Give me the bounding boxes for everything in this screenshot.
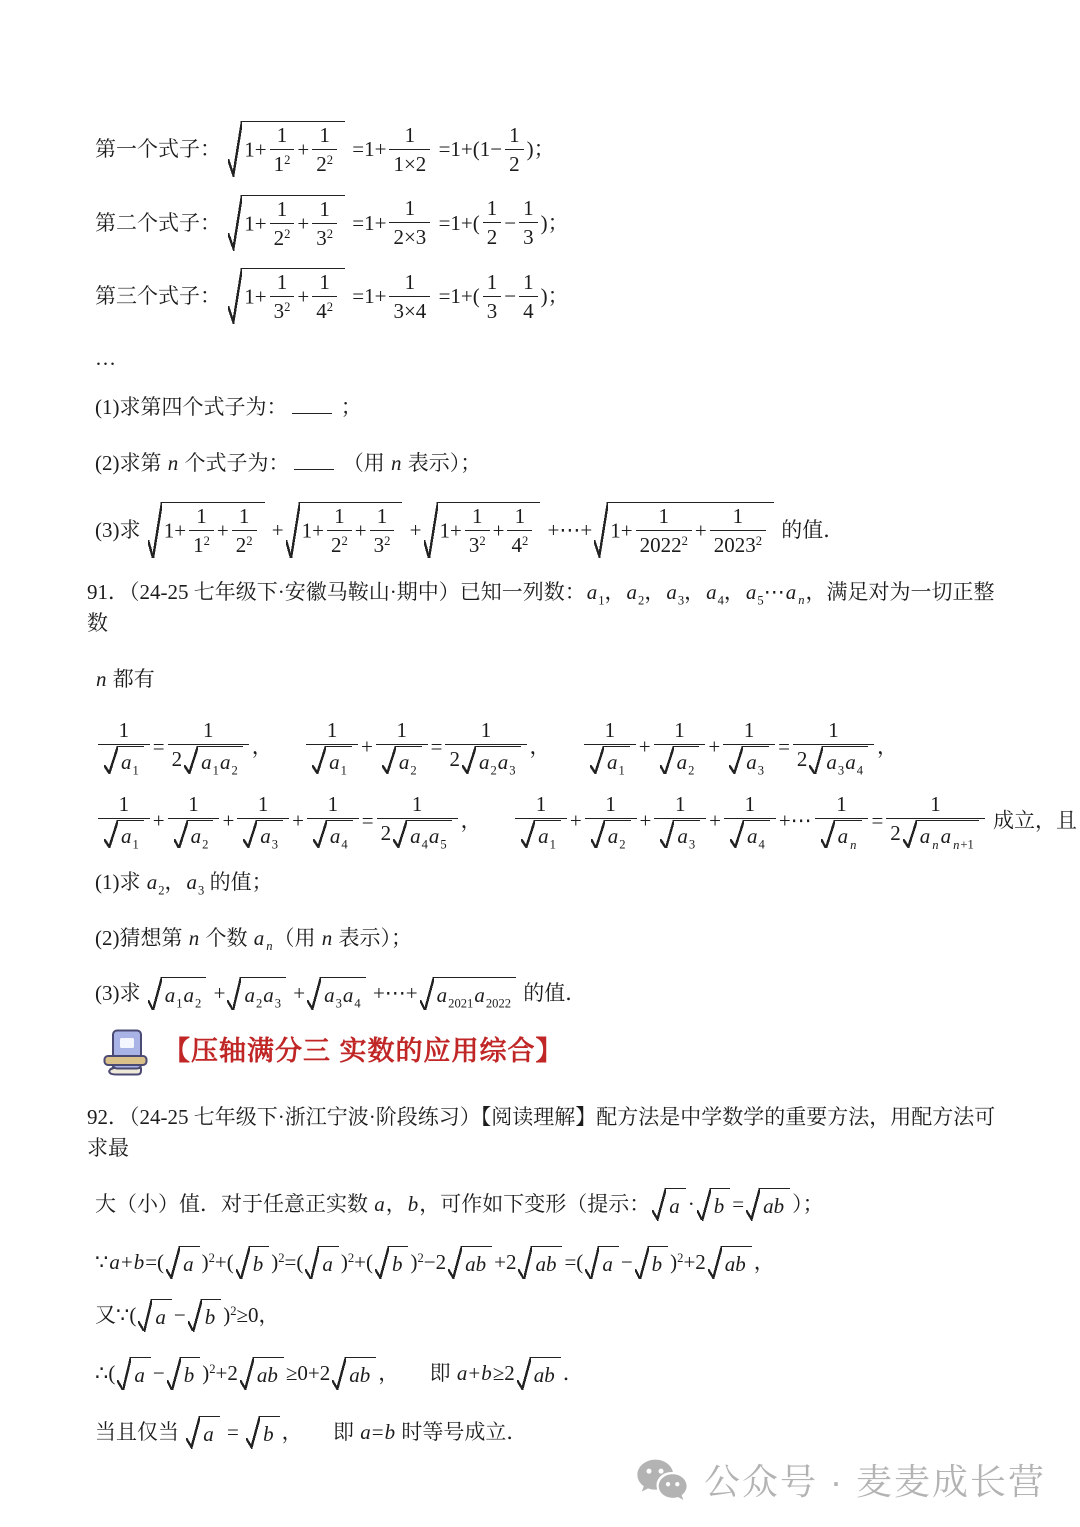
problem-92-stem: 92．（24-25 七年级下·浙江宁波·阶段练习）【阅读理解】配方法是中学数学的… <box>87 1102 1000 1165</box>
question-90-part1: (1)求第四个式子为： ； <box>95 392 1000 424</box>
formula-line-3: 第三个式子： 1+132+142 =1+13×4 =1+(13−14)； <box>95 269 1000 328</box>
band-title: 【压轴满分三 实数的应用综合】 <box>163 1031 564 1072</box>
derivation-line-1: ∵a+b=(a)2+(b)2=(a)2+(b)2−2ab+2ab=(a−b)2+… <box>95 1247 1000 1282</box>
problem-91-section: 91．（24-25 七年级下·安徽马鞍山·期中）已知一列数：a1，a2，a3，a… <box>95 577 1000 1013</box>
question-91-part2: (2)猜想第 n 个数 an（用 n 表示）； <box>95 923 1000 955</box>
question-90-part3: (3)求 1+112+122 +1+122+132 +1+132+142 +⋯+… <box>95 503 1000 562</box>
section-band: 【压轴满分三 实数的应用综合】 <box>101 1028 1000 1076</box>
question-90-part2: (2)求第 n 个式子为： （用 n 表示）； <box>95 448 1000 480</box>
problem-92-stem-2: 大（小）值．对于任意正实数 a，b，可作如下变形（提示：a·b=ab）； <box>95 1189 1000 1224</box>
derivation-line-2: 又∵(a−b)2≥0， <box>95 1300 1000 1335</box>
question-91-part1: (1)求 a2，a3 的值； <box>95 867 1000 899</box>
derivation-line-3: ∴(a−b)2+2ab≥0+2ab， 即 a+b≥2ab． <box>95 1358 1000 1393</box>
problem-90-section: 第一个式子： 1+112+122 =1+11×2 =1+(1−12)； 第二个式… <box>95 122 1000 562</box>
book-icon <box>101 1028 149 1076</box>
problem-91-stem-2: n 都有 <box>95 664 1000 696</box>
footer-label: 公众号 · 麦麦成长营 <box>704 1454 1046 1505</box>
formula-line-2: 第二个式子： 1+122+132 =1+12×3 =1+(12−13)； <box>95 196 1000 255</box>
formula-row-2: 1a1+1a2+1a3+1a4=12a4a5， 1a1+1a2+1a3+1a4+… <box>95 793 1000 852</box>
formula-line-1: 第一个式子： 1+112+122 =1+11×2 =1+(1−12)； <box>95 122 1000 181</box>
formula-row-1: 1a1=12a1a2， 1a1+1a2=12a2a3， 1a1+1a2+1a3=… <box>95 719 1000 778</box>
derivation-line-4: 当且仅当 a = b， 即 a=b 时等号成立． <box>95 1417 1000 1452</box>
question-91-part3: (3)求 a1a2 +a2a3 +a3a4 +⋯+a2021a2022 的值． <box>95 978 1000 1013</box>
ellipsis-line: … <box>95 343 1000 375</box>
wechat-footer: 公众号 · 麦麦成长营 <box>636 1454 1046 1505</box>
wechat-icon <box>636 1458 688 1502</box>
problem-91-stem: 91．（24-25 七年级下·安徽马鞍山·期中）已知一列数：a1，a2，a3，a… <box>87 577 1000 640</box>
worksheet-page: 第一个式子： 1+112+122 =1+11×2 =1+(1−12)； 第二个式… <box>0 0 1080 1451</box>
problem-92-section: 92．（24-25 七年级下·浙江宁波·阶段练习）【阅读理解】配方法是中学数学的… <box>95 1102 1000 1452</box>
